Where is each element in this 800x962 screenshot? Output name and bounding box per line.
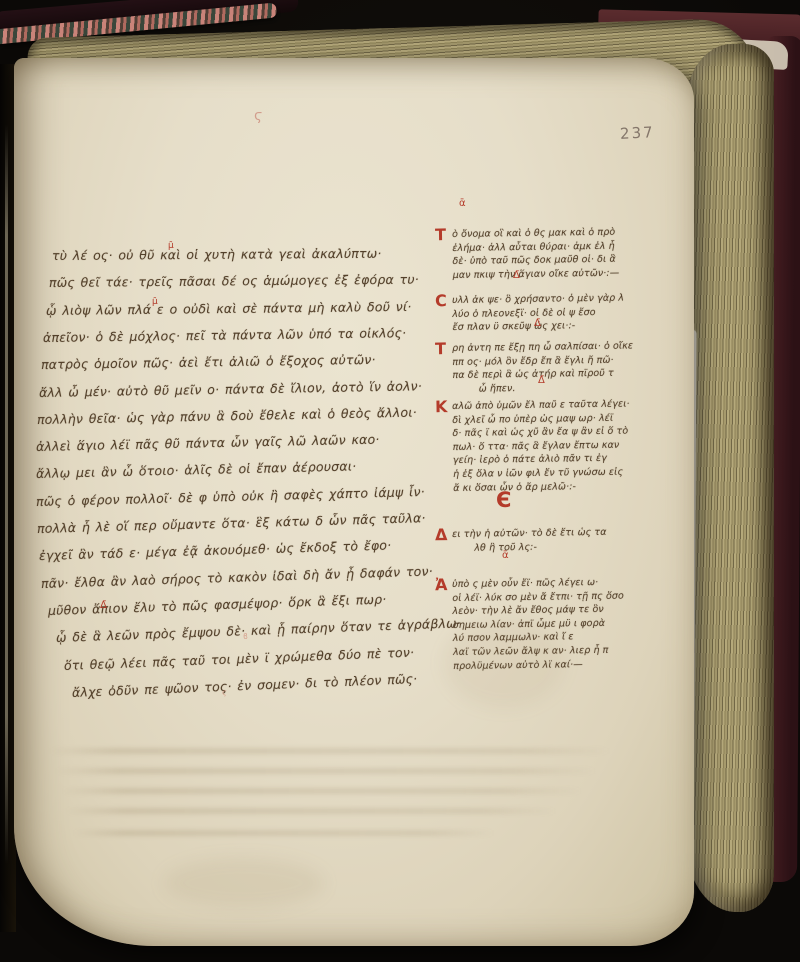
rubric-initial: C xyxy=(435,291,447,310)
manuscript-line: ᾧ λιὸψ λῶν πλά ε ο οὐδὶ καὶ σὲ πάντα μὴ … xyxy=(46,299,412,318)
manuscript-line: ὅτι θεῷ λέει πᾶς ταῦ τοι μὲν ϊ χρώμεθα δ… xyxy=(64,644,415,672)
manuscript-line: ᾧ δὲ ἃ λεῶν πρὸς ἔμψου δὲ· καὶ ᾗ παίρην … xyxy=(56,615,461,645)
rubric-correction-mark: μ̑ xyxy=(152,297,158,307)
rubric-initial: Τ xyxy=(435,225,446,244)
rubric-initial: Κ xyxy=(435,397,448,416)
manuscript-line: πᾶν· ἔλθα ἂν λαὸ σήρος τὸ κακὸν ἰδαὶ δὴ … xyxy=(40,563,432,591)
rubric-initial: Ἀ xyxy=(435,575,448,594)
page-number: 237 xyxy=(620,123,656,143)
manuscript-line: πατρὸς ὁμοῖον πῶς· ἀεὶ ἔτι ἀλιῶ ὁ ἔξοχος… xyxy=(41,352,376,372)
manuscript-line: ἄ κι ὅσαι ὧν ὁ ἄρ μελῶ·:- xyxy=(453,478,695,495)
rubric-section-mark: Δ̄ xyxy=(534,318,541,329)
parchment-stain xyxy=(444,618,564,708)
verso-bleedthrough-line xyxy=(50,748,610,754)
manuscript-line: ἐγχεῖ ἂν τάδ ε· μέγα ἐᾷ ἀκουόμεθ· ὡς ἔκδ… xyxy=(38,538,391,564)
commentary-block: Τὸ ὄνομα οἳ καὶ ὁ θς μακ καὶ ὁ πρὸἐλήμα·… xyxy=(452,225,695,283)
manuscript-line: πολλὰ ἦ λὲ οἵ περ οὔμαντε ὅτα· ἓξ κάτω δ… xyxy=(37,510,426,536)
verso-bleedthrough-line xyxy=(56,768,596,774)
parchment-page: 237 ϛ τὺ λέ ος· οὐ θῦ καὶ οἱ χυτὴ κατὰ γ… xyxy=(14,58,694,946)
facing-page-edge-highlight xyxy=(5,124,8,864)
manuscript-line: μῦθον ἄπιον ἔλυ τὸ πῶς φασμέψορ· ὅρκ ἃ ἔ… xyxy=(48,591,387,618)
manuscript-line: τὺ λέ ος· οὐ θῦ καὶ οἱ χυτὴ κατὰ γεαὶ ἀκ… xyxy=(52,246,382,263)
commentary-block: Cυλλ ἀκ ψε· ὃ χρήσαντο· ὁ μὲν γὰρ λλύο ὁ… xyxy=(452,291,695,335)
rubric-dot-mark: ϐ xyxy=(243,632,248,641)
commentary-block: Καλῶ ἀπὸ ὑμῶν ἔλ παῦ ε ταῦτα λέγει·δὶ χλ… xyxy=(452,397,695,496)
verso-bleedthrough-line xyxy=(66,808,556,814)
manuscript-line: πῶς θεῖ τάε· τρεῖς πᾶσαι δέ ος ἁμώμογες … xyxy=(49,272,419,290)
manuscript-line: ἀπεῖον· ὁ δὲ μόχλος· πεῖ τὰ πάντα λῶν ὑπ… xyxy=(43,325,406,345)
rubric-header-mark: ᾱ xyxy=(502,550,509,561)
manuscript-line: ἔσ πλαν ϋ σκεῦψ ὡς χει·:- xyxy=(452,318,694,335)
manuscript-line: πολλὴν θεῖα· ὡς γὰρ πάνυ ἃ δοὺ ἔθελε καὶ… xyxy=(37,404,417,426)
main-text-column: τὺ λέ ος· οὐ θῦ καὶ οἱ χυτὴ κατὰ γεαὶ ἀκ… xyxy=(38,248,450,738)
commentary-block: Τρη ἀντη πε ἔξῃ πη ὦ σαλπίσαι· ὁ οἴκεππ … xyxy=(452,339,695,397)
rubric-initial: Τ xyxy=(435,339,446,358)
rubric-section-mark: Δ̄ xyxy=(100,600,107,611)
rubric-section-numeral: Є xyxy=(496,488,511,512)
page-stack-fore-edge xyxy=(686,44,774,912)
manuscript-line: ἄλχε ὀδῦν πε ψῶον τος· ἐν σομεν· δι τὸ π… xyxy=(72,671,418,700)
manuscript-line: ὦ ἤπεν. xyxy=(479,379,695,396)
rubric-section-mark: Δ̄ xyxy=(513,270,520,281)
rubric-initial: Δ xyxy=(435,525,448,544)
parchment-stain xyxy=(164,858,324,908)
verso-bleedthrough-line xyxy=(62,788,582,794)
rubric-header-mark: ᾱ xyxy=(459,198,466,209)
rubric-dot-mark: ϛ xyxy=(222,688,227,697)
manuscript-line: ἄλλ ὦ μέν· αὐτὸ θῦ μεῖν ο· πάντα δὲ ἴλιο… xyxy=(39,378,422,400)
manuscript-line: πῶς ὁ φέρον πολλοῖ· δὲ φ ὑπὸ οὐκ ἢ σαφὲς… xyxy=(36,484,425,509)
manuscript-line: ἄλλῳ μει ἂν ὦ ὅτοιο· ἁλῖς δὲ οἱ ἔπαν ἀέρ… xyxy=(36,459,357,482)
quire-mark-icon: ϛ xyxy=(254,108,262,124)
rubric-section-mark: Δ̄ xyxy=(538,375,545,386)
manuscript-line: μαν πκιψ τὴν ἅγιαν οἴκε αὐτῶν·:— xyxy=(453,265,695,282)
manuscript-line: ἀλλεὶ ἅγιο λέϊ πᾶς θῦ πάντα ὧν γαῖς λῶ λ… xyxy=(36,432,380,454)
verso-bleedthrough-line xyxy=(74,830,494,836)
commentary-block: Δει τὴν ἡ αὐτῶν· τὸ δὲ ἔτι ὡς ταλθ ἢ τοῦ… xyxy=(452,525,694,556)
rubric-correction-mark: μ̑ xyxy=(168,241,174,251)
manuscript-photo: 237 ϛ τὺ λέ ος· οὐ θῦ καὶ οἱ χυτὴ κατὰ γ… xyxy=(0,0,800,962)
